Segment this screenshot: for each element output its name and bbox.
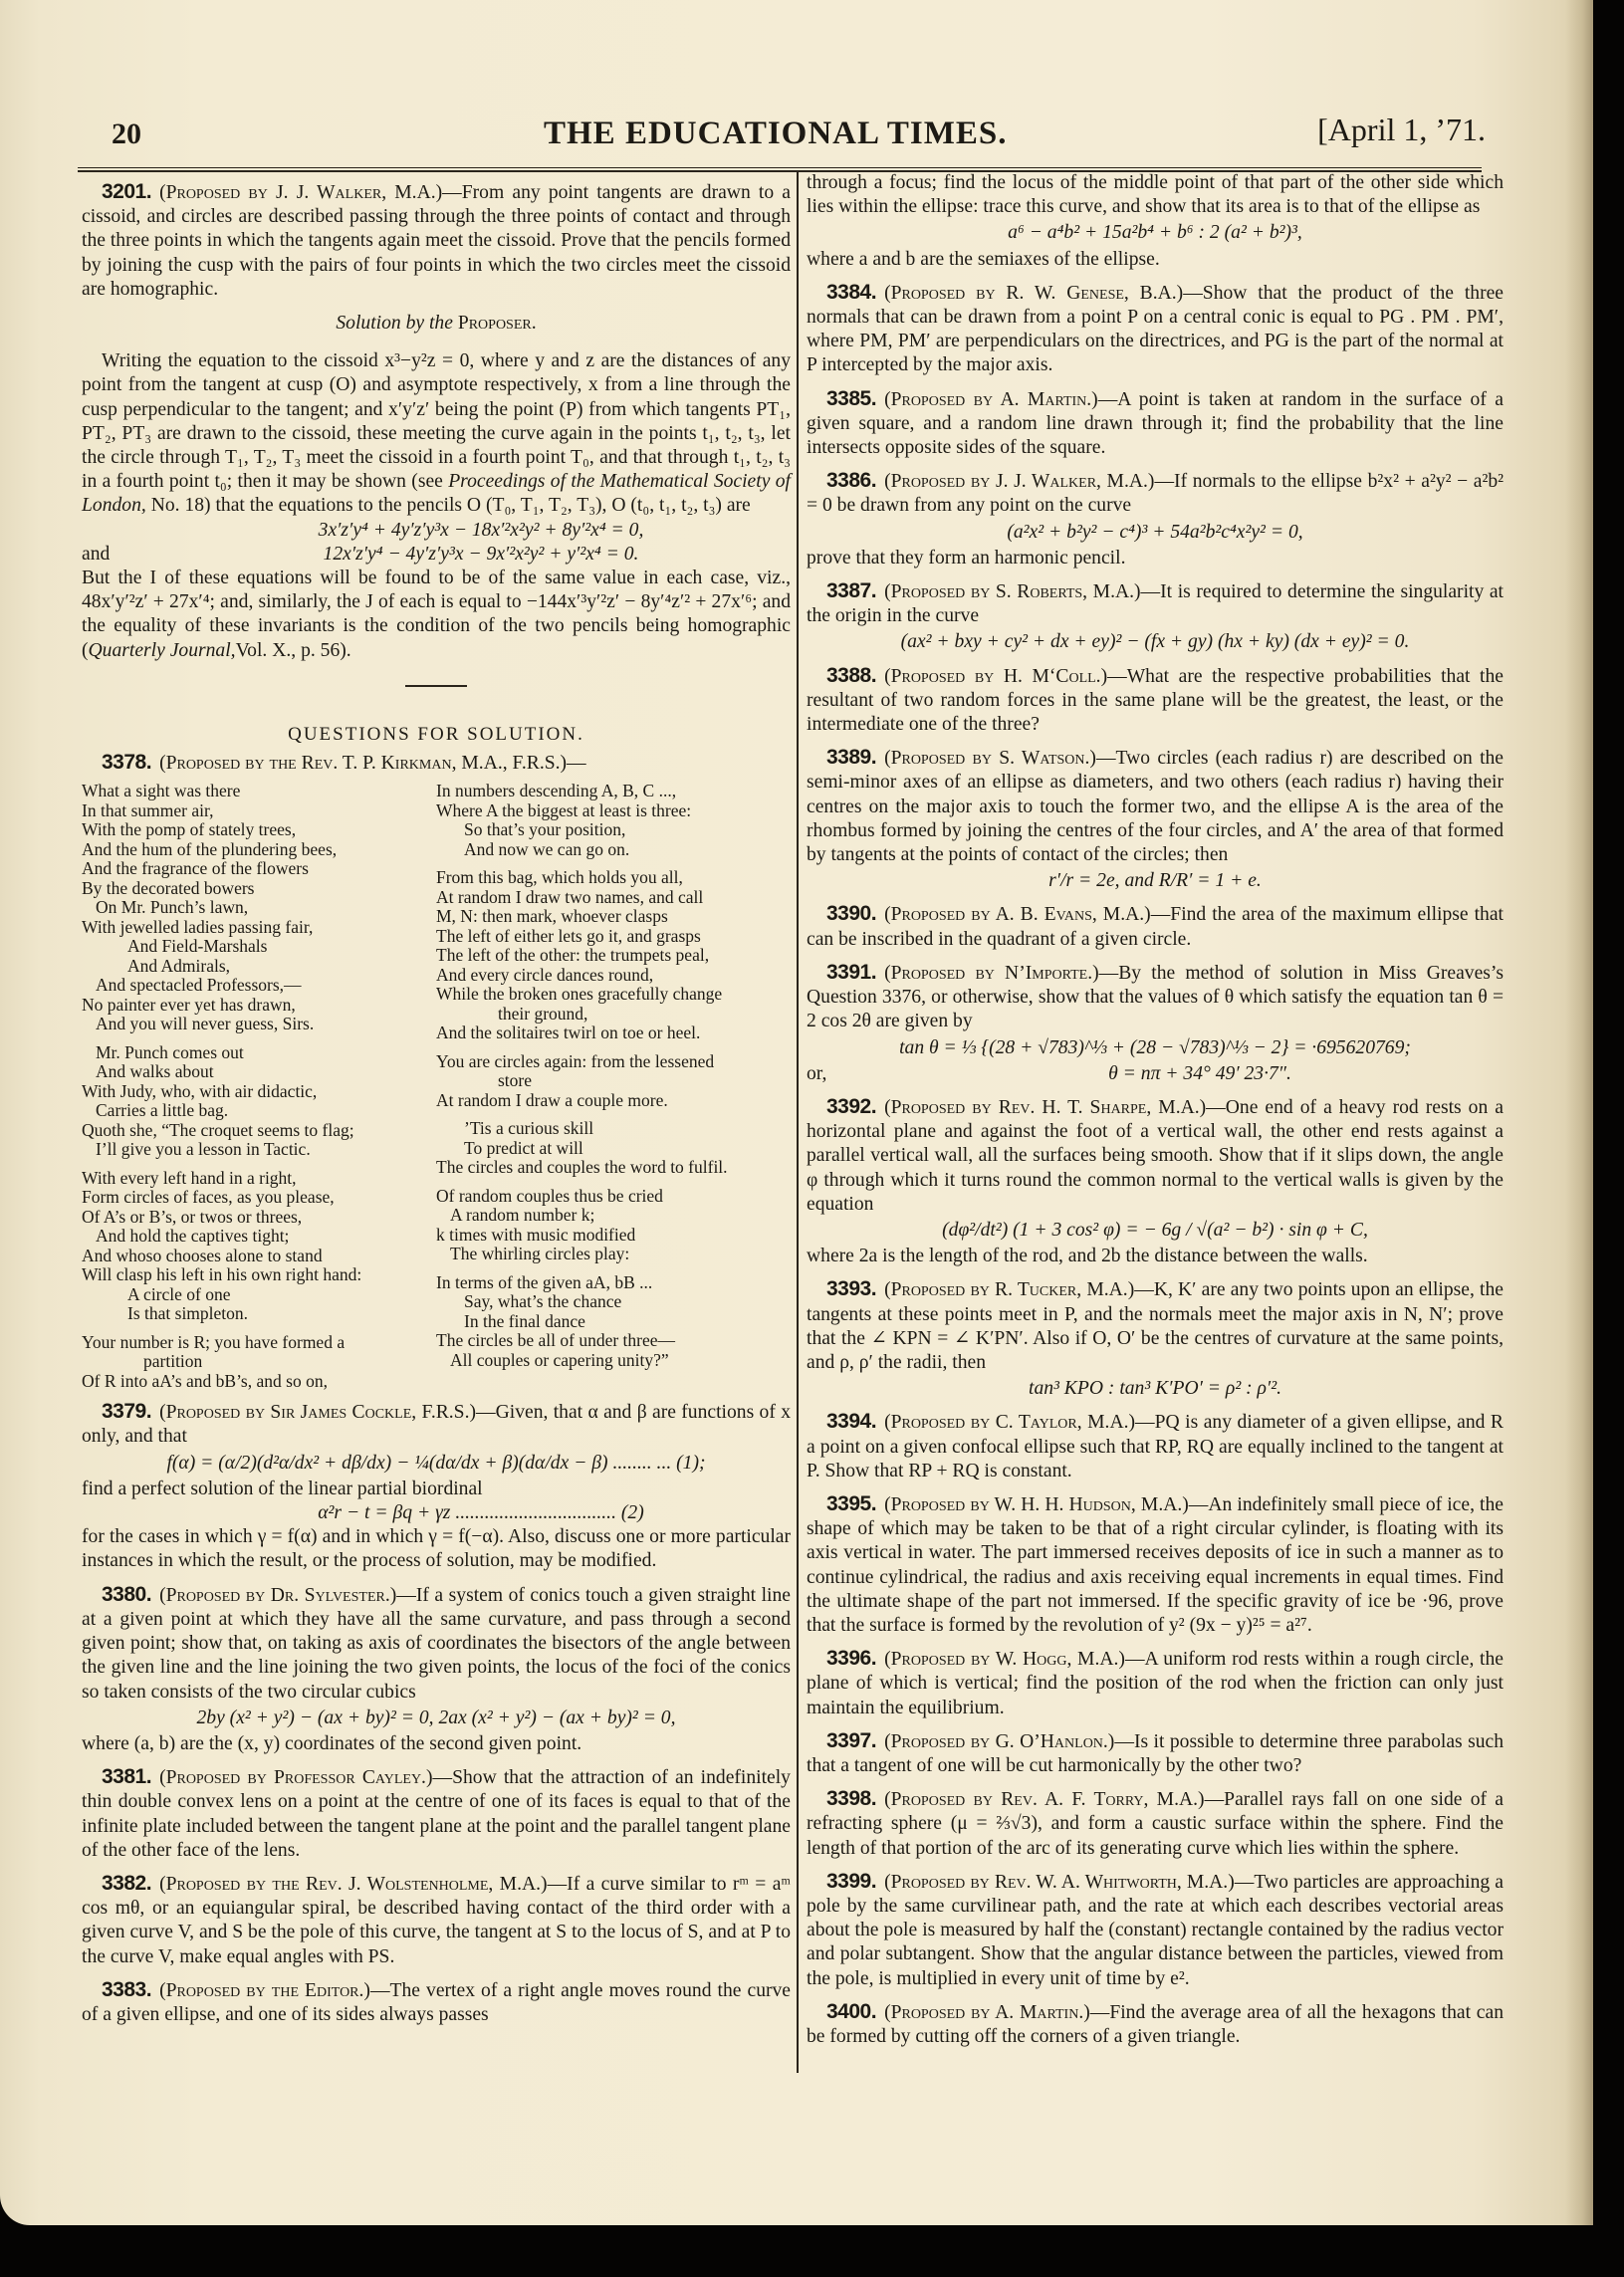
question-text: where a and b are the semiaxes of the el… bbox=[807, 248, 1504, 272]
question-3393: 3393.(Proposed by R. Tucker, M.A.)—K, K′… bbox=[807, 1277, 1504, 1375]
question-number: 3390. bbox=[826, 902, 876, 925]
question-3385: 3385.(Proposed by A. Martin.)—A point is… bbox=[807, 387, 1504, 461]
poem-line: And Admirals, bbox=[82, 957, 436, 977]
proposer: (Proposed by A. Martin.) bbox=[884, 2002, 1090, 2023]
question-number: 3379. bbox=[102, 1400, 151, 1423]
poem-line: With every left hand in a right, bbox=[82, 1169, 436, 1189]
poem-line: Your number is R; you have formed a bbox=[82, 1333, 436, 1353]
poem-line: their ground, bbox=[436, 1005, 791, 1025]
poem: What a sight was thereIn that summer air… bbox=[82, 782, 791, 1391]
solution-text: Vol. X., p. 56). bbox=[236, 640, 351, 661]
poem-line: Where A the biggest at least is three: bbox=[436, 801, 791, 821]
poem-line: By the decorated bowers bbox=[82, 879, 436, 899]
question-3392: 3392.(Proposed by Rev. H. T. Sharpe, M.A… bbox=[807, 1095, 1504, 1217]
question-3378: 3378.(Proposed by the Rev. T. P. Kirkman… bbox=[82, 751, 791, 776]
solution-heading: Solution by the Proposer. bbox=[82, 312, 791, 336]
poem-line: M, N: then mark, whoever clasps bbox=[436, 907, 791, 927]
poem-line: Of random couples thus be cried bbox=[436, 1187, 791, 1207]
proposer: (Proposed by the Editor.) bbox=[159, 1980, 370, 2001]
equation: tan³ KPO : tan³ K′PO′ = ρ² : ρ′². bbox=[807, 1377, 1504, 1401]
column-divider bbox=[797, 171, 799, 2073]
proposer: (Proposed by Sir James Cockle, F.R.S.) bbox=[159, 1402, 476, 1423]
citation-italic: Quarterly Journal, bbox=[89, 640, 236, 661]
question-text: find a perfect solution of the linear pa… bbox=[82, 1478, 791, 1501]
solution-text: No. 18) that the equations to the pencil… bbox=[151, 495, 751, 516]
left-column: 3201.(Proposed by J. J. Walker, M.A.)—Fr… bbox=[82, 171, 791, 2027]
poem-line: No painter ever yet has drawn, bbox=[82, 996, 436, 1016]
question-number: 3386. bbox=[826, 469, 876, 492]
poem-line: k times with music modified bbox=[436, 1226, 791, 1246]
question-number: 3201. bbox=[102, 180, 151, 203]
poem-line: Will clasp his left in his own right han… bbox=[82, 1265, 436, 1285]
equation-row: and12x′z′y⁴ − 4y′z′y³x − 9x′²x²y² + y′²x… bbox=[82, 543, 791, 567]
poem-line: At random I draw a couple more. bbox=[436, 1091, 791, 1111]
poem-line: A random number k; bbox=[436, 1206, 791, 1226]
question-text: prove that they form an harmonic pencil. bbox=[807, 547, 1504, 570]
poem-line: Quoth she, “The croquet seems to flag; bbox=[82, 1121, 436, 1141]
proposer: (Proposed by C. Taylor, M.A.) bbox=[884, 1412, 1135, 1433]
question-3384: 3384.(Proposed by R. W. Genese, B.A.)—Sh… bbox=[807, 281, 1504, 378]
page-header: 20 THE EDUCATIONAL TIMES. [April 1, ’71. bbox=[112, 112, 1486, 161]
question-3382: 3382.(Proposed by the Rev. J. Wolstenhol… bbox=[82, 1872, 791, 1969]
equation-label bbox=[82, 1501, 171, 1525]
solution-3201-question: 3201.(Proposed by J. J. Walker, M.A.)—Fr… bbox=[82, 180, 791, 302]
proposer: (Proposed by W. H. H. Hudson, M.A.) bbox=[884, 1494, 1189, 1515]
poem-line: To predict at will bbox=[436, 1139, 791, 1159]
proposer: (Proposed by J. J. Walker, M.A.) bbox=[159, 182, 442, 203]
poem-line: Form circles of faces, as you please, bbox=[82, 1188, 436, 1208]
proposer: (Proposed by G. O’Hanlon.) bbox=[884, 1731, 1114, 1752]
poem-line: partition bbox=[82, 1352, 436, 1372]
question-3396: 3396.(Proposed by W. Hogg, M.A.)—A unifo… bbox=[807, 1647, 1504, 1720]
poem-line: In that summer air, bbox=[82, 801, 436, 821]
question-number: 3385. bbox=[826, 387, 876, 410]
newspaper-page: 20 THE EDUCATIONAL TIMES. [April 1, ’71.… bbox=[0, 0, 1593, 2225]
right-column: through a focus; find the locus of the m… bbox=[807, 171, 1504, 2049]
poem-line: The whirling circles play: bbox=[436, 1245, 791, 1264]
equation: (ax² + bxy + cy² + dx + ey)² − (fx + gy)… bbox=[807, 630, 1504, 654]
poem-line: The left of either lets go it, and grasp… bbox=[436, 927, 791, 947]
poem-line: So that’s your position, bbox=[436, 820, 791, 840]
poem-line: Mr. Punch comes out bbox=[82, 1043, 436, 1063]
proposer: (Proposed by S. Watson.) bbox=[884, 748, 1096, 769]
question-number: 3392. bbox=[826, 1095, 876, 1118]
poem-line: With the pomp of stately trees, bbox=[82, 820, 436, 840]
proposer: (Proposed by A. Martin.) bbox=[884, 389, 1098, 410]
question-number: 3388. bbox=[826, 664, 876, 687]
question-3390: 3390.(Proposed by A. B. Evans, M.A.)—Fin… bbox=[807, 902, 1504, 951]
question-3383-continuation: through a focus; find the locus of the m… bbox=[807, 171, 1504, 219]
question-3394: 3394.(Proposed by C. Taylor, M.A.)—PQ is… bbox=[807, 1410, 1504, 1483]
poem-line: And walks about bbox=[82, 1062, 436, 1082]
equation: (a²x² + b²y² − c⁴)³ + 54a²b²c⁴x²y² = 0, bbox=[807, 521, 1504, 545]
poem-line: At random I draw two names, and call bbox=[436, 888, 791, 908]
proposer: (Proposed by A. B. Evans, M.A.) bbox=[884, 904, 1151, 925]
question-3383: 3383.(Proposed by the Editor.)—The verte… bbox=[82, 1978, 791, 2027]
poem-line: You are circles again: from the lessened bbox=[436, 1052, 791, 1072]
equation-label: or, bbox=[807, 1062, 896, 1086]
equation: 3x′z′y⁴ + 4y′z′y³x − 18x′²x²y² + 8y′²x⁴ … bbox=[171, 519, 791, 543]
proposer: (Proposed by the Rev. J. Wolstenholme, M… bbox=[159, 1874, 548, 1895]
question-number: 3395. bbox=[826, 1492, 876, 1515]
question-text: —An indefinitely small piece of ice, the… bbox=[807, 1494, 1504, 1636]
question-number: 3391. bbox=[826, 961, 876, 984]
question-text: where 2a is the length of the rod, and 2… bbox=[807, 1245, 1504, 1268]
poem-line: And you will never guess, Sirs. bbox=[82, 1015, 436, 1034]
poem-line: And Field-Marshals bbox=[82, 937, 436, 957]
question-3388: 3388.(Proposed by H. M‘Coll.)—What are t… bbox=[807, 664, 1504, 738]
section-title: QUESTIONS FOR SOLUTION. bbox=[82, 723, 791, 747]
proposer: (Proposed by W. Hogg, M.A.) bbox=[884, 1649, 1125, 1670]
poem-line: While the broken ones gracefully change bbox=[436, 985, 791, 1005]
poem-line: With Judy, who, with air didactic, bbox=[82, 1082, 436, 1102]
question-3395: 3395.(Proposed by W. H. H. Hudson, M.A.)… bbox=[807, 1492, 1504, 1638]
equation: (dφ²/dt²) (1 + 3 cos² φ) = − 6g / √(a² −… bbox=[807, 1219, 1504, 1243]
poem-line: And every circle dances round, bbox=[436, 966, 791, 986]
question-3380: 3380.(Proposed by Dr. Sylvester.)—If a s… bbox=[82, 1583, 791, 1705]
equation: tan θ = ⅓ {(28 + √783)^⅓ + (28 − √783)^⅓… bbox=[807, 1036, 1504, 1060]
question-3389: 3389.(Proposed by S. Watson.)—Two circle… bbox=[807, 746, 1504, 867]
equation: 2by (x² + y²) − (ax + by)² = 0, 2ax (x² … bbox=[82, 1707, 791, 1730]
proposer: (Proposed by Dr. Sylvester.) bbox=[159, 1585, 396, 1606]
equation: θ = nπ + 34° 49′ 23·7″. bbox=[896, 1062, 1504, 1086]
poem-line: The left of the other: the trumpets peal… bbox=[436, 946, 791, 966]
question-number: 3381. bbox=[102, 1765, 151, 1788]
section-divider bbox=[405, 685, 467, 687]
poem-line: And now we can go on. bbox=[436, 840, 791, 860]
proposer: (Proposed by the Rev. T. P. Kirkman, M.A… bbox=[159, 753, 586, 774]
question-3397: 3397.(Proposed by G. O’Hanlon.)—Is it po… bbox=[807, 1729, 1504, 1778]
question-text: for the cases in which γ = f(α) and in w… bbox=[82, 1525, 791, 1573]
question-number: 3400. bbox=[826, 2000, 876, 2023]
poem-line: And the solitaires twirl on toe or heel. bbox=[436, 1024, 791, 1043]
proposer: (Proposed by Rev. W. A. Whitworth, M.A.) bbox=[884, 1872, 1235, 1893]
question-number: 3389. bbox=[826, 746, 876, 769]
question-3399: 3399.(Proposed by Rev. W. A. Whitworth, … bbox=[807, 1870, 1504, 1991]
question-3379: 3379.(Proposed by Sir James Cockle, F.R.… bbox=[82, 1400, 791, 1449]
question-text: where (a, b) are the (x, y) coordinates … bbox=[82, 1732, 791, 1756]
question-number: 3380. bbox=[102, 1583, 151, 1606]
poem-line: And spectacled Professors,— bbox=[82, 976, 436, 996]
poem-line: ’Tis a curious skill bbox=[436, 1119, 791, 1139]
poem-line: The circles and couples the word to fulf… bbox=[436, 1158, 791, 1178]
poem-column-left: What a sight was thereIn that summer air… bbox=[82, 782, 436, 1391]
question-number: 3396. bbox=[826, 1647, 876, 1670]
poem-column-right: In numbers descending A, B, C ...,Where … bbox=[436, 782, 791, 1391]
proposer: (Proposed by J. J. Walker, M.A.) bbox=[884, 471, 1154, 492]
poem-line: And the fragrance of the flowers bbox=[82, 859, 436, 879]
equation: α²r − t = βq + γz ......................… bbox=[171, 1501, 791, 1525]
poem-line: The circles be all of under three— bbox=[436, 1331, 791, 1351]
question-number: 3394. bbox=[826, 1410, 876, 1433]
proposer: (Proposed by N’Importe.) bbox=[884, 963, 1099, 984]
question-number: 3393. bbox=[826, 1277, 876, 1300]
question-3400: 3400.(Proposed by A. Martin.)—Find the a… bbox=[807, 2000, 1504, 2049]
question-3386: 3386.(Proposed by J. J. Walker, M.A.)—If… bbox=[807, 469, 1504, 518]
equation: a⁶ − a⁴b² + 15a²b⁴ + b⁶ : 2 (a² + b²)³, bbox=[807, 221, 1504, 245]
equation-row: 3x′z′y⁴ + 4y′z′y³x − 18x′²x²y² + 8y′²x⁴ … bbox=[82, 519, 791, 543]
poem-line: A circle of one bbox=[82, 1285, 436, 1305]
poem-line: I’ll give you a lesson in Tactic. bbox=[82, 1140, 436, 1160]
question-number: 3378. bbox=[102, 751, 151, 774]
proposer: (Proposed by S. Roberts, M.A.) bbox=[884, 581, 1140, 602]
equation: f(α) = (α/2)(d²α/dx² + dβ/dx) − ¼(dα/dx … bbox=[82, 1452, 791, 1476]
proposer: (Proposed by Professor Cayley.) bbox=[159, 1767, 432, 1788]
question-number: 3398. bbox=[826, 1787, 876, 1810]
poem-line: And the hum of the plundering bees, bbox=[82, 840, 436, 860]
poem-line: In numbers descending A, B, C ..., bbox=[436, 782, 791, 801]
question-number: 3382. bbox=[102, 1872, 151, 1895]
poem-line: Of A’s or B’s, or twos or threes, bbox=[82, 1208, 436, 1228]
question-number: 3387. bbox=[826, 579, 876, 602]
question-number: 3383. bbox=[102, 1978, 151, 2001]
proposer: (Proposed by R. W. Genese, B.A.) bbox=[884, 283, 1183, 304]
question-number: 3384. bbox=[826, 281, 876, 304]
equation: r′/r = 2e, and R/R′ = 1 + e. bbox=[807, 869, 1504, 893]
question-number: 3399. bbox=[826, 1870, 876, 1893]
proposer: (Proposed by Rev. A. F. Torry, M.A.) bbox=[884, 1789, 1205, 1810]
poem-line: Of R into aA’s and bB’s, and so on, bbox=[82, 1372, 436, 1392]
poem-line: In the final dance bbox=[436, 1312, 791, 1332]
page-number: 20 bbox=[112, 117, 141, 151]
solution-paragraph-2: But the I of these equations will be fou… bbox=[82, 567, 791, 663]
right-questions-list: 3384.(Proposed by R. W. Genese, B.A.)—Sh… bbox=[807, 281, 1504, 2049]
solution-paragraph-1: Writing the equation to the cissoid x³−y… bbox=[82, 349, 791, 518]
equation: 12x′z′y⁴ − 4y′z′y³x − 9x′²x²y² + y′²x⁴ =… bbox=[171, 543, 791, 567]
poem-line: store bbox=[436, 1071, 791, 1091]
proposer: (Proposed by R. Tucker, M.A.) bbox=[884, 1279, 1134, 1300]
question-3391: 3391.(Proposed by N’Importe.)—By the met… bbox=[807, 961, 1504, 1034]
poem-line: From this bag, which holds you all, bbox=[436, 868, 791, 888]
question-3398: 3398.(Proposed by Rev. A. F. Torry, M.A.… bbox=[807, 1787, 1504, 1861]
poem-line: In terms of the given aA, bB ... bbox=[436, 1273, 791, 1293]
equation-row: α²r − t = βq + γz ......................… bbox=[82, 1501, 791, 1525]
poem-line: Carries a little bag. bbox=[82, 1101, 436, 1121]
poem-line: On Mr. Punch’s lawn, bbox=[82, 898, 436, 918]
journal-title: THE EDUCATIONAL TIMES. bbox=[544, 115, 1007, 152]
equation-label: and bbox=[82, 543, 171, 567]
poem-line: With jewelled ladies passing fair, bbox=[82, 918, 436, 938]
poem-line: Say, what’s the chance bbox=[436, 1292, 791, 1312]
question-3387: 3387.(Proposed by S. Roberts, M.A.)—It i… bbox=[807, 579, 1504, 628]
poem-line: All couples or capering unity?” bbox=[436, 1351, 791, 1371]
equation-row: or,θ = nπ + 34° 49′ 23·7″. bbox=[807, 1062, 1504, 1086]
issue-date: [April 1, ’71. bbox=[1317, 112, 1486, 148]
poem-line: What a sight was there bbox=[82, 782, 436, 801]
solution-heading-italic: Solution by the bbox=[336, 313, 453, 334]
solution-heading-name: Proposer. bbox=[458, 313, 537, 334]
proposer: (Proposed by H. M‘Coll.) bbox=[884, 666, 1107, 687]
poem-line: And whoso chooses alone to stand bbox=[82, 1247, 436, 1266]
left-questions-list: 3379.(Proposed by Sir James Cockle, F.R.… bbox=[82, 1400, 791, 2027]
poem-line: And hold the captives tight; bbox=[82, 1227, 436, 1247]
question-number: 3397. bbox=[826, 1729, 876, 1752]
poem-line: Is that simpleton. bbox=[82, 1304, 436, 1324]
question-3381: 3381.(Proposed by Professor Cayley.)—Sho… bbox=[82, 1765, 791, 1863]
proposer: (Proposed by Rev. H. T. Sharpe, M.A.) bbox=[884, 1097, 1206, 1118]
